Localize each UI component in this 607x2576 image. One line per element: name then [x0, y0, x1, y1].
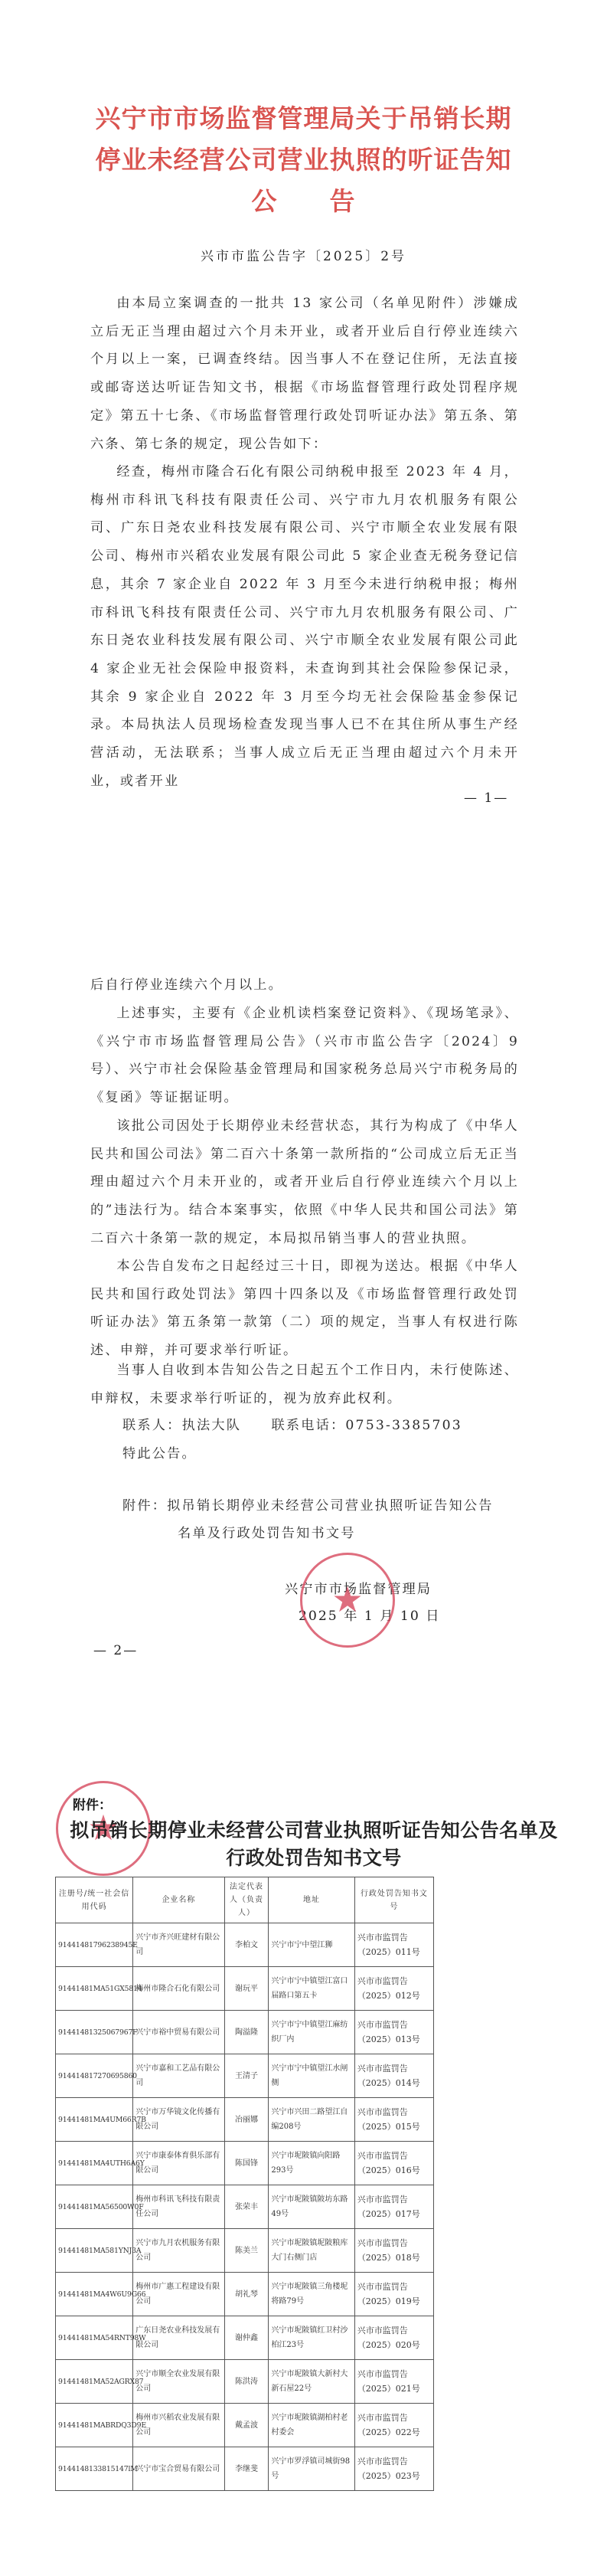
contact-phone: 0753-3385703 [345, 1418, 462, 1433]
document-number: 兴市市监公告字〔2025〕2号 [0, 245, 607, 264]
cell-address: 兴宁市兴田二路望江自编208号 [269, 2098, 354, 2142]
column-header-address: 地址 [269, 1877, 354, 1923]
company-list-table: 注册号/统一社会信用代码 企业名称 法定代表人（负责人） 地址 行政处罚告知书文… [55, 1877, 434, 2491]
cell-name: 广东日尧农业科技发展有限公司 [133, 2316, 224, 2360]
cell-code: 91441481MA52AGRX87 [56, 2360, 133, 2404]
cell-rep: 冶丽娜 [224, 2098, 269, 2142]
paragraph-hearing-rights: 本公告自发布之日起经过三十日，即视为送达。根据《中华人民共和国行政处罚法》第四十… [90, 1252, 519, 1365]
cell-notice: 兴市市监罚告（2025）014号 [354, 2054, 433, 2098]
title-line-2: 停业未经营公司营业执照的听证告知 [0, 139, 607, 181]
cell-name: 兴宁市康泰体育俱乐部有限公司 [133, 2142, 224, 2185]
cell-address: 兴宁市宁中镇望江富口届路口第五卡 [269, 1967, 354, 2011]
cell-address: 兴宁市罗浮镇司城街98号 [269, 2447, 354, 2491]
contact-person: 执法大队 [182, 1418, 242, 1433]
table-row: 91441481MABRDQ3D9E梅州市兴稻农业发展有限公司戴孟波兴宁市坭陂镇… [56, 2404, 434, 2447]
table-row: 91441481MA581YNJ3A兴宁市九月农机服务有限公司陈美兰兴宁市坭陂镇… [56, 2229, 434, 2273]
annex-label: 附件： [73, 1794, 112, 1813]
cell-name: 梅州市隆合石化有限公司 [133, 1967, 224, 2011]
table-row: 91441481MA56500W0F梅州市科讯飞科技有限责任公司张荣丰兴宁市坭陂… [56, 2185, 434, 2229]
cell-rep: 陈国锋 [224, 2142, 269, 2185]
cell-code: 91441481MABRDQ3D9E [56, 2404, 133, 2447]
table-row: 91441481MA51GX5814梅州市隆合石化有限公司谢玩平兴宁市宁中镇望江… [56, 1967, 434, 2011]
attachment-label: 附件： [122, 1498, 167, 1514]
column-header-name: 企业名称 [133, 1877, 224, 1923]
page-number-1: — 1— [464, 790, 508, 806]
cell-rep: 谢仲鑫 [224, 2316, 269, 2360]
table-row: 91441481796238945E兴宁市齐兴旺建材有限公司李柏文兴宁市宁中望江… [56, 1923, 434, 1967]
cell-code: 9144148133815147lM [56, 2447, 133, 2491]
signature-org: 兴宁市市场监督管理局 [285, 1578, 432, 1597]
table-row: 9144148133815147lM兴宁市宝合贸易有限公司李继斐兴宁市罗浮镇司城… [56, 2447, 434, 2491]
cell-rep: 李继斐 [224, 2447, 269, 2491]
cell-name: 兴宁市万华镜文化传播有限公司 [133, 2098, 224, 2142]
cell-notice: 兴市市监罚告（2025）019号 [354, 2273, 433, 2316]
cell-notice: 兴市市监罚告（2025）020号 [354, 2316, 433, 2360]
cell-name: 梅州市科讯飞科技有限责任公司 [133, 2185, 224, 2229]
cell-code: 914414817270695860 [56, 2054, 133, 2098]
cell-address: 兴宁市坭陂镇红卫村沙柏江23号 [269, 2316, 354, 2360]
paragraph-intro: 由本局立案调查的一批共 13 家公司（名单见附件）涉嫌成立后无正当理由超过六个月… [90, 290, 519, 458]
cell-rep: 陶溢隆 [224, 2011, 269, 2054]
cell-code: 91441481MA54RNT98W [56, 2316, 133, 2360]
cell-code: 91441481MA56500W0F [56, 2185, 133, 2229]
column-header-code: 注册号/统一社会信用代码 [56, 1877, 133, 1923]
title-line-1: 兴宁市市场监督管理局关于吊销长期 [0, 98, 607, 139]
table-row: 91441481MA4UM66R7B兴宁市万华镜文化传播有限公司冶丽娜兴宁市兴田… [56, 2098, 434, 2142]
paragraph-findings: 经查，梅州市隆合石化有限公司纳税申报至 2023 年 4 月，梅州市科讯飞科技有… [90, 458, 519, 795]
cell-code: 91441481MA4UM66R7B [56, 2098, 133, 2142]
closing-text: 特此公告。 [122, 1442, 197, 1461]
official-seal: ★ [300, 1553, 395, 1648]
cell-address: 兴宁市坭陂镇三角楼坭将路79号 [269, 2273, 354, 2316]
cell-notice: 兴市市监罚告（2025）017号 [354, 2185, 433, 2229]
cell-notice: 兴市市监罚告（2025）016号 [354, 2142, 433, 2185]
attachment-line-1: 拟吊销长期停业未经营公司营业执照听证告知公告 [167, 1498, 494, 1514]
cell-address: 兴宁市宁中望江狮 [269, 1923, 354, 1967]
paragraph-evidence: 上述事实，主要有《企业机读档案登记资料》、《现场笔录》、《兴宁市市场监督管理局公… [90, 1000, 519, 1112]
cell-name: 兴宁市顺全农业发展有限公司 [133, 2360, 224, 2404]
annex-title-line-1: 拟吊销长期停业未经营公司营业执照听证告知公告名单及 [46, 1817, 582, 1844]
notice-title: 兴宁市市场监督管理局关于吊销长期 停业未经营公司营业执照的听证告知 公 告 [0, 98, 607, 222]
table-row: 91441481325067967F兴宁市裕中贸易有限公司陶溢隆兴宁市宁中镇望江… [56, 2011, 434, 2054]
cell-notice: 兴市市监罚告（2025）023号 [354, 2447, 433, 2491]
cell-rep: 胡礼琴 [224, 2273, 269, 2316]
column-header-notice: 行政处罚告知书文号 [354, 1877, 433, 1923]
contact-phone-label: 联系电话： [271, 1418, 345, 1433]
paragraph-violation: 该批公司因处于长期停业未经营状态，其行为构成了《中华人民共和国公司法》第二百六十… [90, 1112, 519, 1253]
cell-notice: 兴市市监罚告（2025）022号 [354, 2404, 433, 2447]
signature-date: 2025 年 1 月 10 日 [299, 1605, 440, 1624]
cell-rep: 戴孟波 [224, 2404, 269, 2447]
cell-notice: 兴市市监罚告（2025）018号 [354, 2229, 433, 2273]
table-header-row: 注册号/统一社会信用代码 企业名称 法定代表人（负责人） 地址 行政处罚告知书文… [56, 1877, 434, 1923]
cell-notice: 兴市市监罚告（2025）021号 [354, 2360, 433, 2404]
cell-address: 兴宁市坭陂镇向阳路293号 [269, 2142, 354, 2185]
cell-notice: 兴市市监罚告（2025）013号 [354, 2011, 433, 2054]
contact-line: 联系人：执法大队 联系电话：0753-3385703 [122, 1414, 462, 1433]
cell-name: 兴宁市九月农机服务有限公司 [133, 2229, 224, 2273]
annex-title: 拟吊销长期停业未经营公司营业执照听证告知公告名单及 行政处罚告知书文号 [46, 1817, 582, 1872]
cell-name: 兴宁市宝合贸易有限公司 [133, 2447, 224, 2491]
cell-rep: 李柏文 [224, 1923, 269, 1967]
cell-name: 兴宁市裕中贸易有限公司 [133, 2011, 224, 2054]
paragraph-waiver: 当事人自收到本告知公告之日起五个工作日内，未行使陈述、申辩权，未要求举行听证的，… [90, 1357, 519, 1412]
cell-rep: 陈洪涛 [224, 2360, 269, 2404]
cell-name: 兴宁市齐兴旺建材有限公司 [133, 1923, 224, 1967]
annex-title-line-2: 行政处罚告知书文号 [46, 1844, 582, 1872]
cell-address: 兴宁市坭陂镇湖柏村老村委会 [269, 2404, 354, 2447]
page-2: 后自行停业连续六个月以上。 上述事实，主要有《企业机读档案登记资料》、《现场笔录… [0, 873, 607, 1754]
cell-notice: 兴市市监罚告（2025）015号 [354, 2098, 433, 2142]
attachment-reference: 附件：拟吊销长期停业未经营公司营业执照听证告知公告 名单及行政处罚告知书文号 [122, 1492, 494, 1547]
cell-address: 兴宁市坭陂镇陂坊东路49号 [269, 2185, 354, 2229]
attachment-line-2: 名单及行政处罚告知书文号 [122, 1520, 494, 1547]
page-number-2: — 2— [93, 1643, 138, 1658]
cell-rep: 谢玩平 [224, 1967, 269, 2011]
cell-name: 梅州市兴稻农业发展有限公司 [133, 2404, 224, 2447]
cell-address: 兴宁市坭陂镇大新村大新石屋22号 [269, 2360, 354, 2404]
cell-name: 梅州市广惠工程建设有限公司 [133, 2273, 224, 2316]
table-row: 91441481MA54RNT98W广东日尧农业科技发展有限公司谢仲鑫兴宁市坭陂… [56, 2316, 434, 2360]
cell-address: 兴宁市宁中镇望江水闸侧 [269, 2054, 354, 2098]
cell-notice: 兴市市监罚告（2025）011号 [354, 1923, 433, 1967]
cell-name: 兴宁市嘉和工艺品有限公司 [133, 2054, 224, 2098]
cell-rep: 陈美兰 [224, 2229, 269, 2273]
cell-code: 91441481MA4W6U9G66 [56, 2273, 133, 2316]
page-1: 兴宁市市场监督管理局关于吊销长期 停业未经营公司营业执照的听证告知 公 告 兴市… [0, 0, 607, 873]
cell-address: 兴宁市宁中镇望江麻纺织厂内 [269, 2011, 354, 2054]
table-row: 91441481MA4UTH6A6Y兴宁市康泰体育俱乐部有限公司陈国锋兴宁市坭陂… [56, 2142, 434, 2185]
cell-notice: 兴市市监罚告（2025）012号 [354, 1967, 433, 2011]
cell-rep: 张荣丰 [224, 2185, 269, 2229]
cell-code: 91441481MA51GX5814 [56, 1967, 133, 2011]
cell-address: 兴宁市坭陂镇坭陂粮库大门右侧门店 [269, 2229, 354, 2273]
table-row: 91441481MA4W6U9G66梅州市广惠工程建设有限公司胡礼琴兴宁市坭陂镇… [56, 2273, 434, 2316]
paragraph-continuation: 后自行停业连续六个月以上。 [90, 971, 519, 1000]
title-line-3: 公 告 [0, 181, 607, 222]
column-header-rep: 法定代表人（负责人） [224, 1877, 269, 1923]
cell-code: 91441481325067967F [56, 2011, 133, 2054]
contact-person-label: 联系人： [122, 1418, 182, 1433]
table-row: 91441481MA52AGRX87兴宁市顺全农业发展有限公司陈洪涛兴宁市坭陂镇… [56, 2360, 434, 2404]
cell-code: 91441481MA4UTH6A6Y [56, 2142, 133, 2185]
table-row: 914414817270695860兴宁市嘉和工艺品有限公司王清子兴宁市宁中镇望… [56, 2054, 434, 2098]
cell-code: 91441481MA581YNJ3A [56, 2229, 133, 2273]
cell-rep: 王清子 [224, 2054, 269, 2098]
cell-code: 91441481796238945E [56, 1923, 133, 1967]
